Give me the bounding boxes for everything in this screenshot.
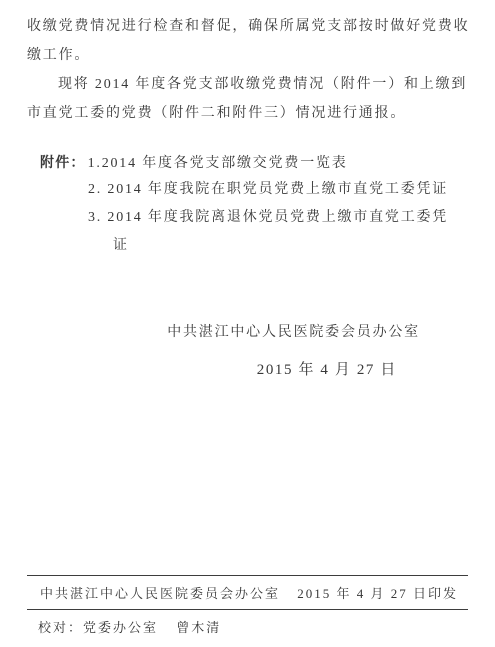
paragraph2-line1: 现将 2014 年度各党支部收缴党费情况（附件一）和上缴到 — [27, 70, 468, 99]
paragraph2-line2: 市直党工委的党费（附件二和附件三）情况进行通报。 — [27, 99, 468, 128]
signature-block: 中共湛江中心人民医院委会员办公室 2015 年 4 月 27 日 — [27, 318, 468, 385]
attachment-item-3-continuation: 证 — [27, 232, 468, 260]
attachments-list: 附件：1.2014 年度各党支部缴交党费一览表 2. 2014 年度我院在职党员… — [27, 148, 468, 260]
attachment-item-1: 附件：1.2014 年度各党支部缴交党费一览表 — [27, 148, 468, 176]
colophon-issuer: 中共湛江中心人民医院委员会办公室 — [40, 583, 280, 602]
attachment-item-3: 3. 2014 年度我院离退休党员党费上缴市直党工委凭 — [27, 204, 468, 232]
document-page: 收缴党费情况进行检查和督促，确保所属党支部按时做好党费收 缴工作。 现将 201… — [0, 0, 495, 647]
colophon-print-date: 2015 年 4 月 27 日印发 — [297, 583, 458, 602]
colophon-footer: 中共湛江中心人民医院委员会办公室 2015 年 4 月 27 日印发 校对：党委… — [27, 575, 468, 639]
proofread-label: 校对：党委办公室 — [38, 620, 158, 635]
paragraph1-line2: 缴工作。 — [27, 41, 468, 70]
attachment-item-1-text: 1.2014 年度各党支部缴交党费一览表 — [88, 156, 348, 171]
attachment-item-2: 2. 2014 年度我院在职党员党费上缴市直党工委凭证 — [27, 176, 468, 204]
document-body: 收缴党费情况进行检查和督促，确保所属党支部按时做好党费收 缴工作。 现将 201… — [27, 12, 468, 385]
attachments-label: 附件： — [40, 154, 86, 170]
signature-date: 2015 年 4 月 27 日 — [27, 356, 468, 385]
paragraph1-line1: 收缴党费情况进行检查和督促，确保所属党支部按时做好党费收 — [27, 12, 468, 41]
colophon-issuer-row: 中共湛江中心人民医院委员会办公室 2015 年 4 月 27 日印发 — [27, 575, 468, 610]
proofreader-name: 曾木清 — [176, 620, 221, 635]
signature-organization: 中共湛江中心人民医院委会员办公室 — [27, 318, 468, 347]
colophon-proofread-row: 校对：党委办公室 曾木清 — [27, 610, 468, 639]
